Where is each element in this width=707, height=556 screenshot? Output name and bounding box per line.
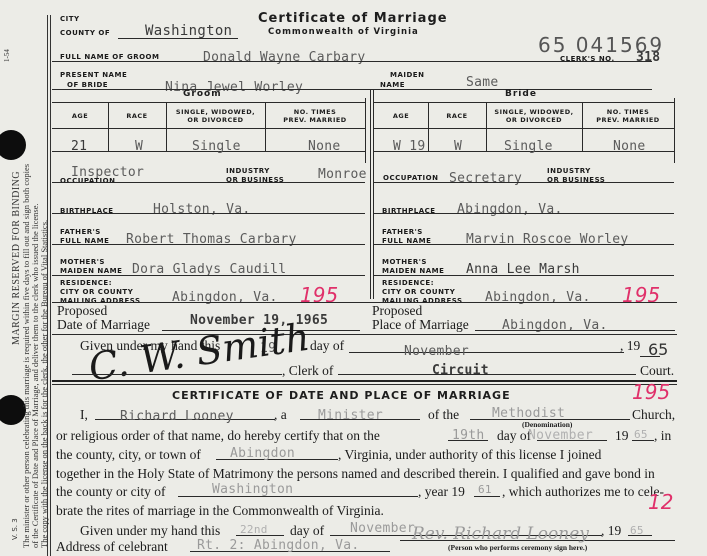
groom-birthplace: Holston, Va. — [153, 202, 251, 217]
certificate-code-bottom: 12 — [648, 490, 673, 514]
cert-of-the: of the — [428, 407, 459, 423]
bride-col-times: No. TimesPrev. Married — [582, 108, 674, 124]
married-year: 65 — [634, 428, 648, 441]
bond-county: Washington — [212, 482, 293, 497]
groom-industry: Monroe — [318, 167, 367, 182]
bride-age: W 19 — [393, 139, 426, 154]
cert-line2: or religious order of that name, do here… — [56, 428, 380, 444]
punch-hole-top — [0, 130, 26, 160]
cert-year-prefix: 19 — [615, 428, 629, 444]
bride-name-label-1: Present Name — [60, 71, 127, 80]
form-id: V. S. 3 — [10, 518, 20, 540]
bride-residence-code: 195 — [622, 283, 660, 307]
cert-line5-prefix: the county or city of — [56, 484, 165, 500]
married-month: November — [528, 428, 593, 443]
maiden-name-value: Same — [466, 75, 499, 90]
city-label: City — [60, 15, 80, 24]
cert-given-text: Given under my hand this — [80, 523, 220, 539]
bride-race: W — [454, 139, 462, 154]
bride-times-married: None — [613, 139, 646, 154]
bride-header: Bride — [505, 89, 537, 99]
proposed-date-label-2: Date of Marriage — [57, 317, 150, 333]
form-rev: 1-54 — [2, 49, 12, 62]
marriage-certificate: V. S. 3 1-54 MARGIN RESERVED FOR BINDING… — [0, 0, 707, 556]
groom-times-married: None — [308, 139, 341, 154]
cert-line4: together in the Holy State of Matrimony … — [56, 466, 655, 482]
clerk-no-label: Clerk's No. — [560, 55, 615, 64]
groom-col-race: Race — [108, 112, 166, 120]
cert-line3-prefix: the county, city, or town of — [56, 447, 201, 463]
groom-col-times: No. TimesPrev. Married — [265, 108, 365, 124]
certificate-title: Certificate of Date and Place of Marriag… — [172, 389, 511, 402]
clerk-day-of: day of — [310, 338, 344, 354]
groom-name-value: Donald Wayne Carbary — [203, 50, 366, 65]
church-label: Church, — [632, 407, 675, 423]
county-value: Washington — [145, 23, 232, 39]
celebrant-name: Richard Looney — [120, 409, 234, 424]
marriage-town: Abingdon — [230, 446, 295, 461]
bride-occupation: Secretary — [449, 171, 522, 186]
celebrant-signature: Rev. Richard Looney — [412, 524, 589, 544]
document-subtitle: Commonwealth of Virginia — [268, 27, 419, 37]
cert-i-label: I, — [80, 407, 88, 423]
married-day: 19th — [452, 428, 485, 443]
clerk-year-prefix: , 19 — [620, 338, 640, 354]
celebrant-address: Rt. 2: Abingdon, Va. — [197, 538, 360, 553]
bride-status: Single — [504, 139, 553, 154]
groom-header: Groom — [183, 89, 222, 99]
certificate-code-top: 195 — [632, 380, 670, 404]
cert-in-label: , in — [654, 428, 671, 444]
margin-instructions-3: The copy with the license on the back is… — [39, 220, 49, 548]
groom-residence-code: 195 — [300, 283, 338, 307]
county-label: County of — [60, 29, 110, 38]
bond-year: 61 — [478, 483, 492, 496]
groom-age: 21 — [71, 139, 87, 154]
clerk-of-label: , Clerk of — [282, 363, 333, 379]
celebrant-address-label: Address of celebrant — [56, 539, 168, 555]
cert-line5-suffix: , which authorizes me to cele- — [502, 484, 664, 500]
clerk-given-month: November — [404, 344, 469, 359]
cert-given-month: November — [350, 521, 415, 536]
court-name: Circuit — [432, 363, 489, 378]
cert-line6: brate the rites of marriage in the Commo… — [56, 503, 384, 519]
cert-day-of: day of — [497, 428, 531, 444]
cert-given-year: 65 — [630, 524, 644, 537]
court-label: Court. — [640, 363, 674, 379]
margin-rule-inner — [50, 15, 51, 556]
denomination: Methodist — [492, 406, 565, 421]
groom-col-age: Age — [52, 112, 108, 120]
maiden-name-label-1: Maiden — [390, 71, 424, 80]
bride-mother-label: Mother'sMaiden Name — [382, 258, 444, 276]
cert-line3-suffix: , Virginia, under authority of this lice… — [338, 447, 601, 463]
signature-note: (Person who performs ceremony sign here.… — [448, 543, 587, 552]
bride-birthplace-label: Birthplace — [382, 207, 436, 216]
cert-line5-mid: , year 19 — [418, 484, 465, 500]
bride-col-race: Race — [428, 112, 486, 120]
cert-given-day: 22nd — [240, 523, 268, 536]
bride-col-age: Age — [374, 112, 428, 120]
cert-given-day-of: day of — [290, 523, 324, 539]
groom-col-status: Single, Widowed,or Divorced — [166, 108, 265, 124]
clerk-no-value: 318 — [636, 50, 660, 65]
bride-col-status: Single, Widowed,or Divorced — [486, 108, 582, 124]
cert-a-label: , a — [274, 407, 287, 423]
bride-birthplace: Abingdon, Va. — [457, 202, 563, 217]
groom-mother-label: Mother'sMaiden Name — [60, 258, 122, 276]
groom-birthplace-label: Birthplace — [60, 207, 114, 216]
cert-given-year-prefix: , 19 — [601, 523, 621, 539]
groom-status: Single — [192, 139, 241, 154]
document-title: Certificate of Marriage — [258, 11, 448, 26]
celebrant-title: Minister — [318, 408, 383, 423]
proposed-place-label-2: Place of Marriage — [372, 317, 469, 333]
groom-race: W — [135, 139, 143, 154]
